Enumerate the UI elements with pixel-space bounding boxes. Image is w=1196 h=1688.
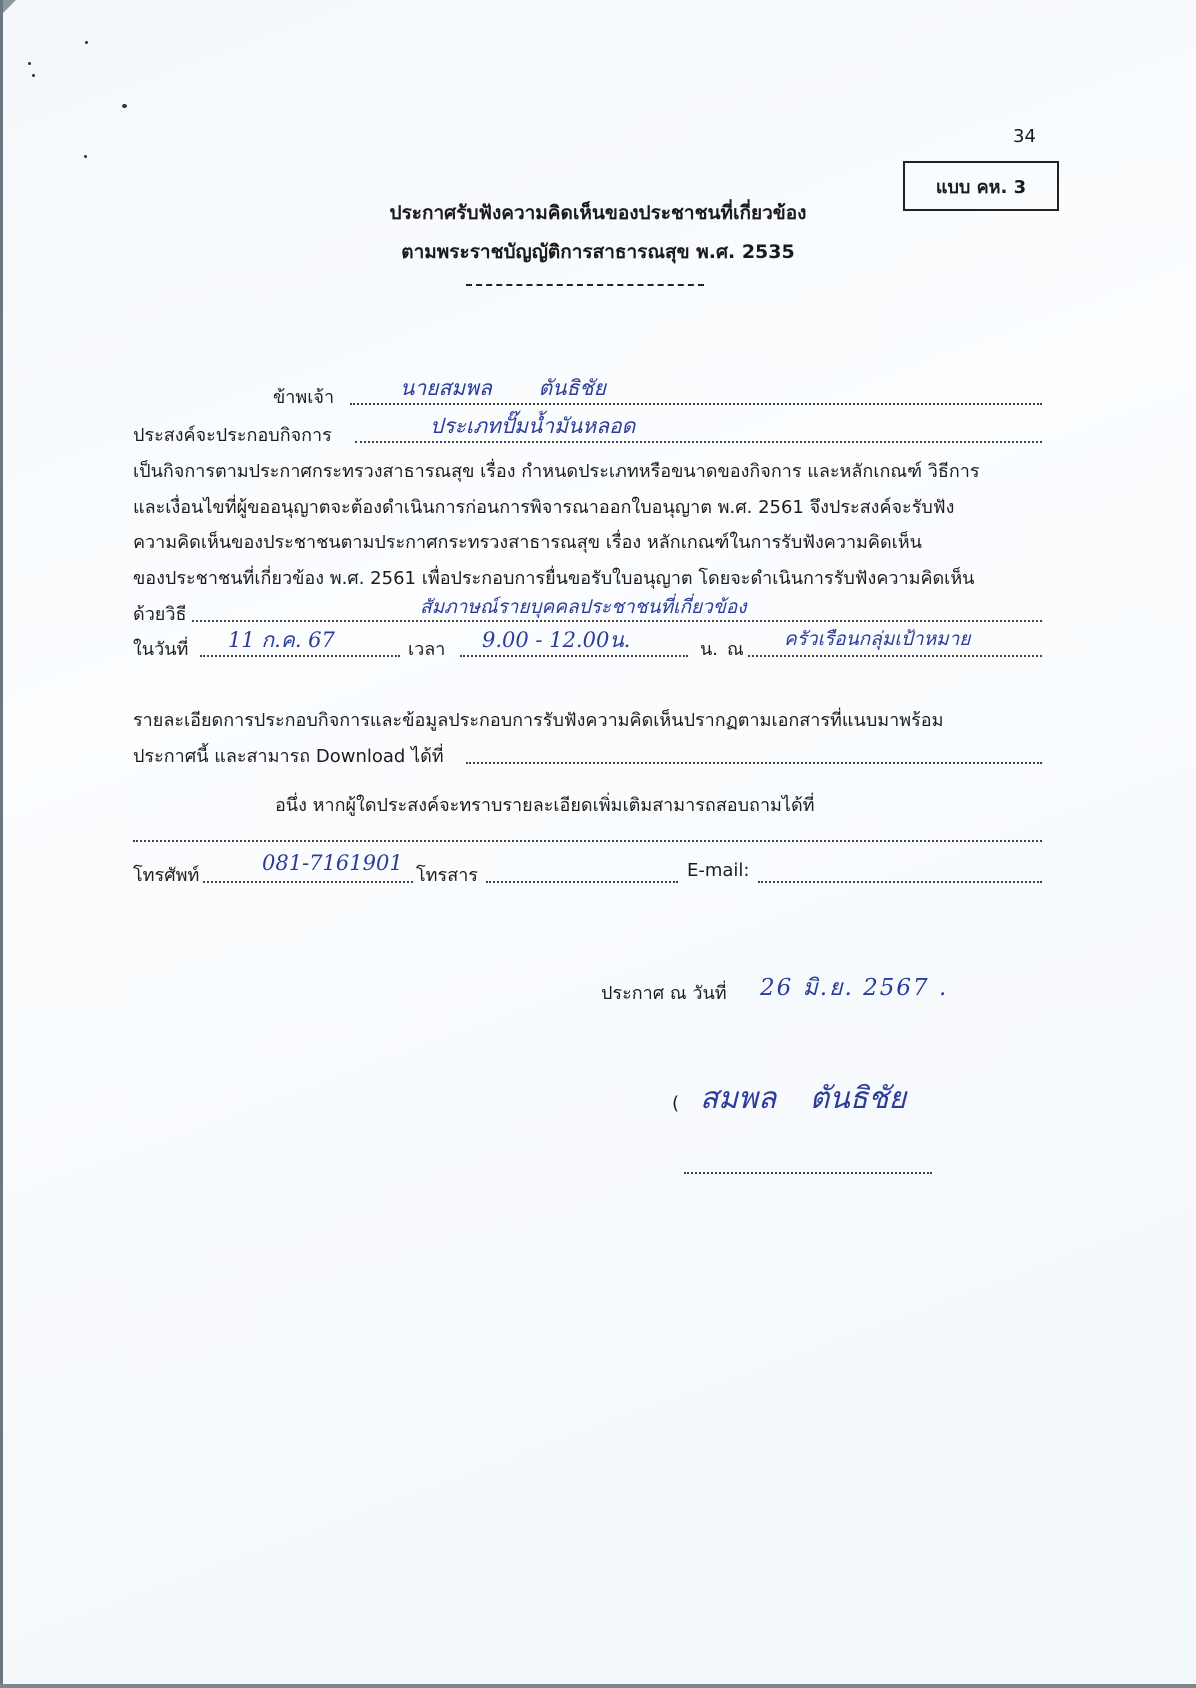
scan-speck xyxy=(32,74,35,77)
meeting-time-unit: น. xyxy=(700,634,718,663)
fax-label: โทรสาร xyxy=(416,860,478,889)
signature-value[interactable]: สมพล ตันธิชัย xyxy=(700,1075,906,1122)
meeting-time-label: เวลา xyxy=(408,634,445,663)
body-line-1: เป็นกิจการตามประกาศกระทรวงสาธารณสุข เรื่… xyxy=(133,456,980,485)
meeting-time-value[interactable]: 9.00 - 12.00น. xyxy=(482,624,630,657)
details-line-1: รายละเอียดการประกอบกิจการและข้อมูลประกอบ… xyxy=(133,705,943,734)
meeting-place-value[interactable]: ครัวเรือนกลุ่มเป้าหมาย xyxy=(784,624,970,654)
email-label: E-mail: xyxy=(687,860,750,881)
announcement-date-label: ประกาศ ณ วันที่ xyxy=(601,978,727,1007)
body-line-2: และเงื่อนไขที่ผู้ขออนุญาตจะต้องดำเนินการ… xyxy=(133,492,954,521)
signature-name-line xyxy=(684,1172,932,1174)
announcement-date-value[interactable]: 26 มิ.ย. 2567 . xyxy=(760,970,948,1006)
document-subtitle: ตามพระราชบัญญัติการสาธารณสุข พ.ศ. 2535 xyxy=(0,237,1196,267)
body-line-4: ของประชาชนที่เกี่ยวข้อง พ.ศ. 2561 เพื่อป… xyxy=(133,563,975,592)
business-type-label: ประสงค์จะประกอบกิจการ xyxy=(133,420,332,449)
method-value[interactable]: สัมภาษณ์รายบุคคลประชาชนที่เกี่ยวข้อง xyxy=(420,592,747,622)
meeting-date-label: ในวันที่ xyxy=(133,634,188,663)
scan-speck xyxy=(85,41,88,44)
scan-edge-bottom xyxy=(0,1684,1196,1688)
scanned-page: 34 แบบ คห. 3 ประกาศรับฟังความคิดเห็นของป… xyxy=(0,0,1196,1688)
scan-speck xyxy=(122,104,127,108)
signature-open-paren: ( xyxy=(672,1093,679,1114)
applicant-name-value[interactable]: นายสมพล ตันธิชัย xyxy=(400,372,606,405)
fax-field-line xyxy=(486,881,678,883)
business-type-value[interactable]: ประเภทปั๊มน้ำมันหลอด xyxy=(430,410,635,443)
phone-field-line xyxy=(203,881,413,883)
applicant-name-label: ข้าพเจ้า xyxy=(273,382,334,411)
scan-speck xyxy=(28,62,31,65)
contact-intro: อนึ่ง หากผู้ใดประสงค์จะทราบรายละเอียดเพิ… xyxy=(275,790,815,819)
body-line-3: ความคิดเห็นของประชาชนตามประกาศกระทรวงสาธ… xyxy=(133,527,922,556)
meeting-date-value[interactable]: 11 ก.ค. 67 xyxy=(228,624,335,657)
email-field-line xyxy=(758,881,1042,883)
document-title: ประกาศรับฟังความคิดเห็นของประชาชนที่เกี่… xyxy=(0,198,1196,228)
download-url-field-line xyxy=(466,762,1042,764)
meeting-place-field-line xyxy=(748,655,1042,657)
phone-label: โทรศัพท์ xyxy=(133,860,199,889)
page-number: 34 xyxy=(1013,126,1036,147)
title-divider xyxy=(466,284,704,286)
scan-speck xyxy=(84,155,87,158)
method-label: ด้วยวิธี xyxy=(133,599,186,628)
phone-value[interactable]: 081-7161901 xyxy=(262,851,403,875)
contact-field-line xyxy=(133,840,1042,842)
meeting-place-label: ณ xyxy=(727,634,744,663)
details-line-2: ประกาศนี้ และสามารถ Download ได้ที่ xyxy=(133,741,444,770)
